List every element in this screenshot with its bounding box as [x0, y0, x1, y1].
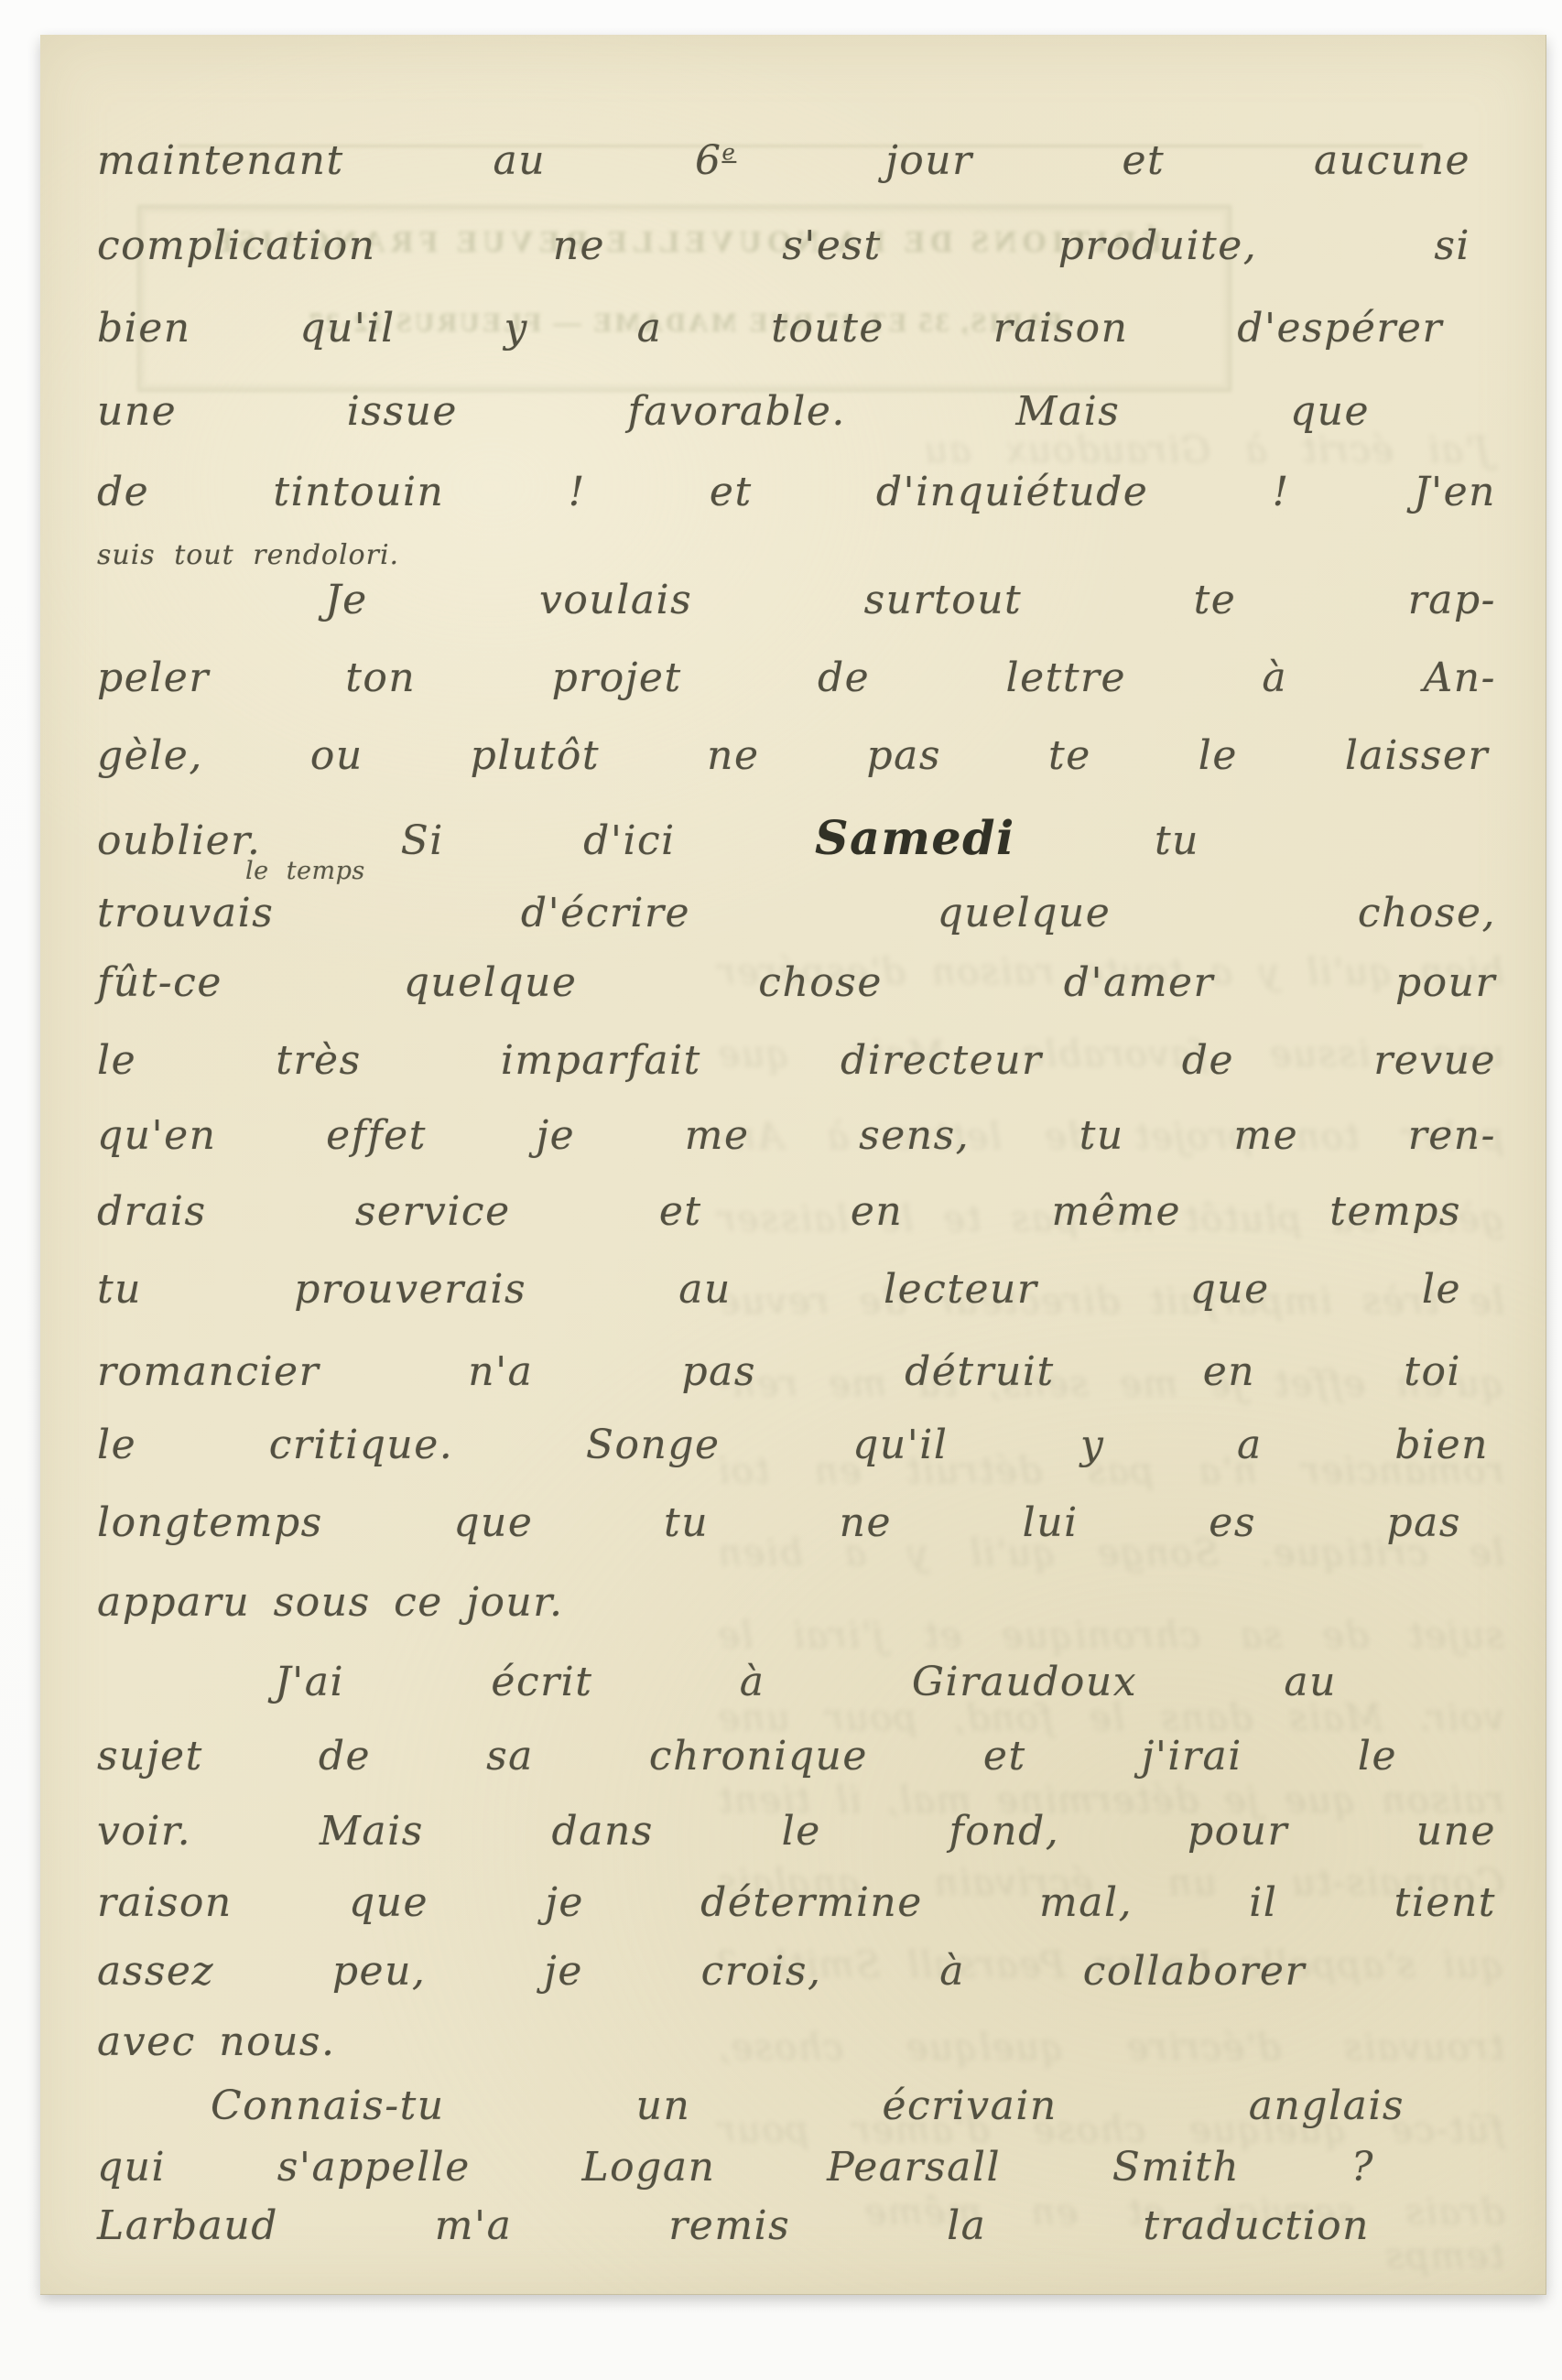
handwriting-layer: maintenant au 6e jour et aucune complica… — [40, 35, 1546, 2294]
letter-line: Connais-tu un écrivain anglais — [211, 2082, 1405, 2131]
letter-line: gèle, ou plutôt ne pas te le laisser — [97, 732, 1489, 781]
letter-line: une issue favorable. Mais que — [97, 388, 1370, 437]
letter-line: complication ne s'est produite, si — [97, 222, 1470, 271]
letter-line: fût-ce quelque chose d'amer pour — [97, 959, 1496, 1008]
interline-insertion: le temps — [245, 857, 365, 886]
letter-line: de tintouin ! et d'inquiétude ! J'en — [97, 469, 1496, 517]
letter-line: romancier n'a pas détruit en toi — [97, 1348, 1461, 1397]
letter-line: longtemps que tu ne lui es pas — [97, 1499, 1461, 1548]
letter-line: le critique. Songe qu'il y a bien — [97, 1422, 1489, 1470]
letter-line: J'ai écrit à Giraudoux au — [275, 1659, 1337, 1707]
letter-line: Larbaud m'a remis la traduction — [97, 2202, 1370, 2251]
letter-line: trouvais d'écrire quelque chose, — [97, 890, 1496, 938]
letter-line: voir. Mais dans le fond, pour une — [97, 1808, 1496, 1856]
line-text: maintenant au 6 — [97, 137, 721, 184]
letter-line: maintenant au 6e jour et aucune — [97, 137, 1470, 186]
line-text: jour et aucune — [736, 137, 1470, 184]
emphasized-word-samedi: Samedi — [815, 810, 1015, 865]
letter-line: qu'en effet je me sens, tu me ren- — [97, 1112, 1496, 1161]
letter-line: qui s'appelle Logan Pearsall Smith ? — [97, 2144, 1374, 2192]
letter-line: avec nous. — [97, 2018, 336, 2067]
letter-line-interlinear: suis tout rendolori. — [97, 539, 399, 572]
letter-line: Je voulais surtout te rap- — [325, 577, 1496, 625]
letter-line: assez peu, je crois, à collaborer — [97, 1948, 1306, 1996]
letter-line: apparu sous ce jour. — [97, 1579, 563, 1628]
letter-line: sujet de sa chronique et j'irai le — [97, 1733, 1397, 1781]
letter-line: bien qu'il y a toute raison d'espérer — [97, 305, 1443, 353]
letter-line: peler ton projet de lettre à An- — [97, 654, 1496, 703]
line-text: oublier. Si d'ici — [97, 817, 815, 864]
letter-line: drais service et en même temps — [97, 1188, 1461, 1237]
letter-line: le très imparfait directeur de revue — [97, 1037, 1496, 1086]
letter-line: tu prouverais au lecteur que le — [97, 1266, 1461, 1314]
letter-scan-page: ÉDITIONS DE LA NOUVELLE REVUE FRANÇAISE … — [0, 0, 1562, 2380]
line-text: tu — [1015, 817, 1199, 864]
letter-paper-sheet: ÉDITIONS DE LA NOUVELLE REVUE FRANÇAISE … — [40, 35, 1546, 2295]
ordinal-superscript: e — [721, 139, 736, 165]
letter-line: raison que je détermine mal, il tient — [97, 1879, 1496, 1928]
